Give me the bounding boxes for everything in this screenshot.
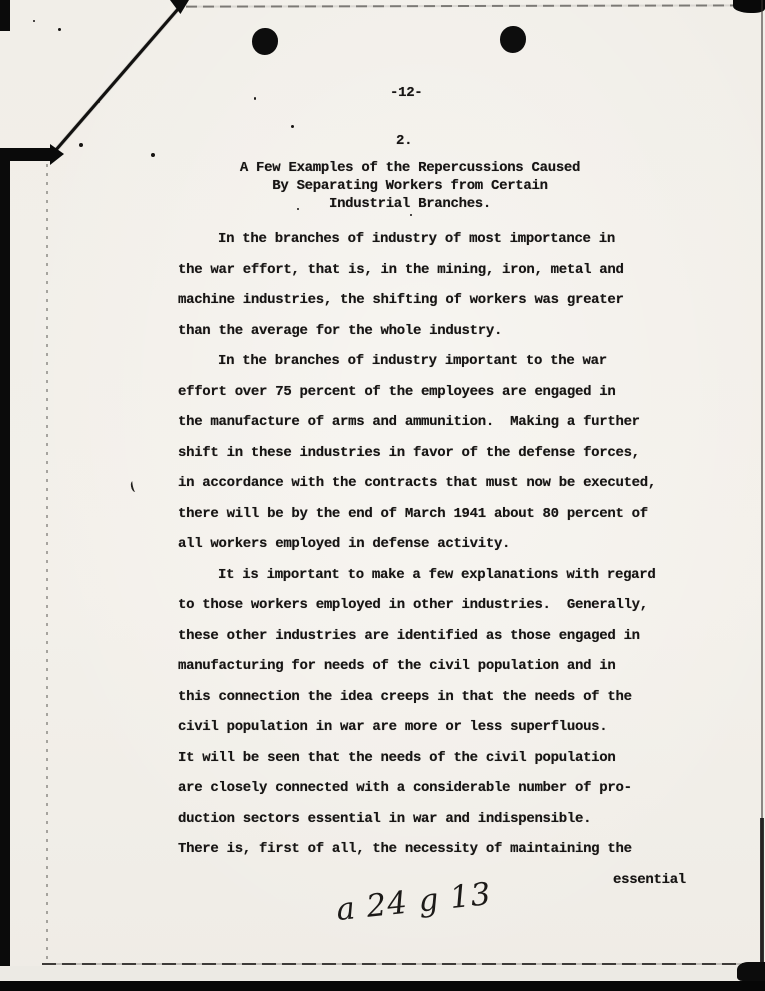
scanned-document-page: -12- 2. A Few Examples of the Repercussi… xyxy=(0,0,765,991)
body-line: the war effort, that is, in the mining, … xyxy=(178,255,765,286)
scan-speck xyxy=(58,28,61,31)
scan-speck xyxy=(33,20,35,22)
body-line: than the average for the whole industry. xyxy=(178,316,765,347)
body-line: In the branches of industry of most impo… xyxy=(178,224,765,255)
body-line: It is important to make a few explanatio… xyxy=(178,560,765,591)
body-line: machine industries, the shifting of work… xyxy=(178,285,765,316)
scan-speck xyxy=(254,97,256,100)
body-line: this connection the idea creeps in that … xyxy=(178,682,765,713)
scan-artifact-top-line xyxy=(186,4,765,7)
body-line: in accordance with the contracts that mu… xyxy=(178,468,765,499)
body-line: shift in these industries in favor of th… xyxy=(178,438,765,469)
scan-artifact-bottom-line xyxy=(42,963,765,965)
body-line: In the branches of industry important to… xyxy=(178,346,765,377)
body-line: to those workers employed in other indus… xyxy=(178,590,765,621)
body-line: It will be seen that the needs of the ci… xyxy=(178,743,765,774)
body-line: civil population in war are more or less… xyxy=(178,712,765,743)
document-heading: A Few Examples of the Repercussions Caus… xyxy=(180,160,640,213)
body-line: duction sectors essential in war and ind… xyxy=(178,804,765,835)
scan-artifact-crease xyxy=(46,164,48,961)
body-text: In the branches of industry of most impo… xyxy=(178,224,765,895)
hole-punch-left xyxy=(252,28,278,55)
scan-artifact-corner-fold xyxy=(53,0,186,153)
scan-speck xyxy=(410,214,412,216)
body-line: There is, first of all, the necessity of… xyxy=(178,834,765,865)
scan-speck xyxy=(97,100,100,103)
body-line: all workers employed in defense activity… xyxy=(178,529,765,560)
heading-line: A Few Examples of the Repercussions Caus… xyxy=(180,160,640,178)
heading-line: Industrial Branches. xyxy=(180,196,640,214)
scan-artifact-margin-tick xyxy=(130,480,138,492)
scan-edge-left-top xyxy=(0,0,10,31)
hole-punch-right xyxy=(500,26,526,53)
scan-speck xyxy=(297,208,299,210)
scan-speck xyxy=(79,143,83,147)
scan-edge-left xyxy=(0,149,10,991)
scan-edge-bottom xyxy=(0,981,765,991)
scan-speck xyxy=(291,125,294,128)
body-line: manufacturing for needs of the civil pop… xyxy=(178,651,765,682)
body-line: are closely connected with a considerabl… xyxy=(178,773,765,804)
body-line: the manufacture of arms and ammunition. … xyxy=(178,407,765,438)
heading-line: By Separating Workers from Certain xyxy=(180,178,640,196)
section-number: 2. xyxy=(396,133,412,149)
body-line: these other industries are identified as… xyxy=(178,621,765,652)
scan-speck xyxy=(151,153,155,157)
scan-bottom-margin xyxy=(0,966,765,982)
scan-artifact-bottom-blob xyxy=(737,962,765,981)
scan-artifact-fold-wedge-tip xyxy=(50,144,64,165)
page-number: -12- xyxy=(390,85,422,101)
body-line: effort over 75 percent of the employees … xyxy=(178,377,765,408)
body-line: there will be by the end of March 1941 a… xyxy=(178,499,765,530)
